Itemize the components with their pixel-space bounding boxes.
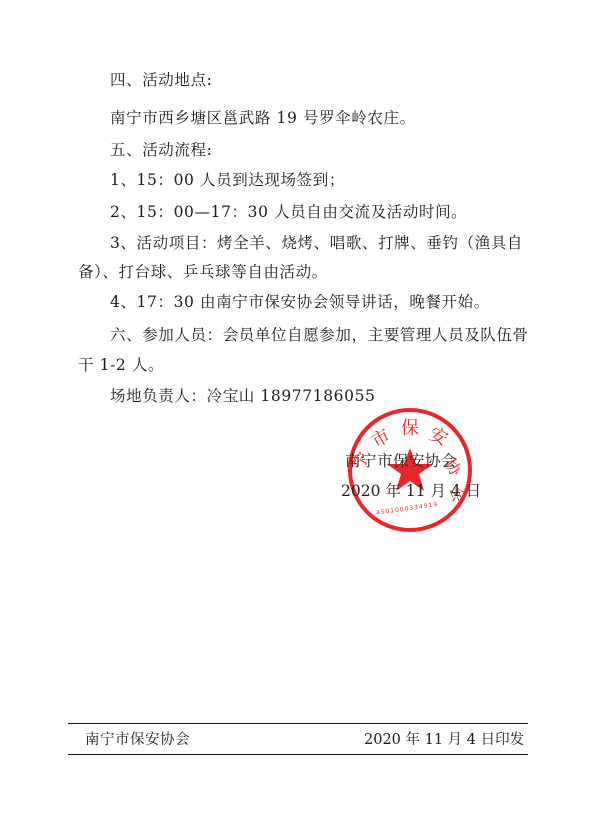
signature-organization: 南宁市保安协会 (345, 451, 457, 471)
schedule-item-1: 1、15：00 人员到达现场签到； (110, 170, 345, 190)
section-heading-participants: 六、参加人员：会员单位自愿参加，主要管理人员及队伍骨 (110, 325, 529, 345)
svg-text:安: 安 (426, 423, 451, 450)
footer-bottom-rule (68, 754, 528, 755)
location-address: 南宁市西乡塘区邕武路 19 号罗伞岭农庄。 (110, 108, 416, 128)
schedule-item-3-cont: 备）、打台球、乒乓球等自由活动。 (78, 262, 328, 282)
section-heading-location: 四、活动地点: (110, 70, 212, 90)
schedule-item-4: 4、17：30 由南宁市保安协会领导讲话，晚餐开始。 (110, 292, 490, 312)
footer-top-rule (68, 723, 528, 724)
schedule-item-2: 2、15：00—17：30 人员自由交流及活动时间。 (110, 202, 467, 222)
svg-text:4501000334919: 4501000334919 (376, 501, 439, 517)
footer-issue-date: 2020 年 11 月 4 日印发 (364, 730, 524, 750)
footer-issuer: 南宁市保安协会 (85, 730, 190, 750)
svg-text:保: 保 (401, 418, 419, 439)
signature-date: 2020 年 11 月 4 日 (341, 481, 481, 501)
participants-cont: 干 1-2 人。 (78, 355, 164, 375)
venue-contact: 场地负责人：冷宝山 18977186055 (110, 386, 376, 406)
section-heading-schedule: 五、活动流程: (110, 140, 212, 160)
schedule-item-3: 3、活动项目：烤全羊、烧烤、唱歌、打牌、垂钓（渔具自 (110, 233, 523, 253)
svg-text:市: 市 (368, 425, 394, 452)
